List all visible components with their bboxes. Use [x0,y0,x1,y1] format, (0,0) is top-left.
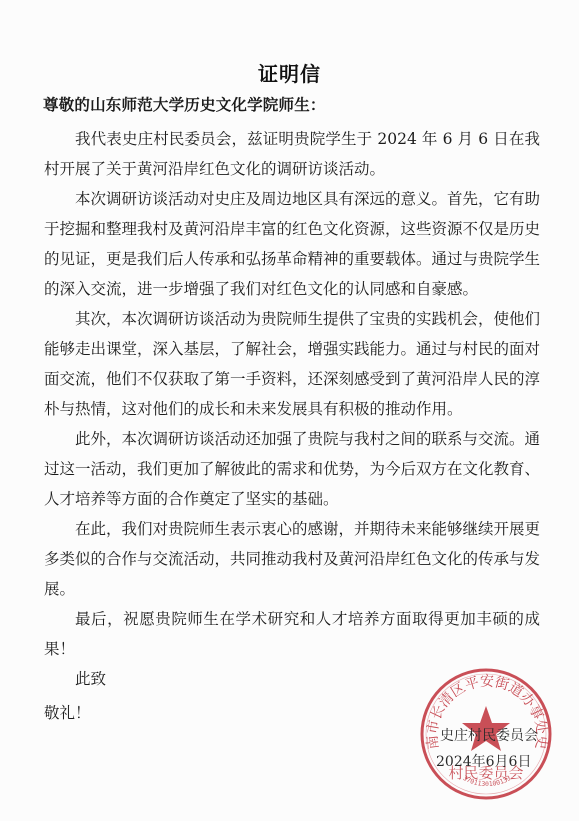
closing-salute: 此致 [75,664,106,694]
signature-organization: 史庄村民委员会 [440,723,538,749]
closing-regards: 敬礼！ [44,698,106,728]
signature-block: 史庄村民委员会 2024年6月6日 [440,723,538,775]
paragraph-4: 此外，本次调研访谈活动还加强了贵院与我村之间的联系与交流。通过这一活动，我们更加… [44,424,540,514]
paragraph-1: 我代表史庄村民委员会，兹证明贵院学生于 2024 年 6 月 6 日在我村开展了… [44,124,540,184]
closing: 此致 敬礼！ [44,664,106,728]
document-title: 证明信 [0,58,579,87]
paragraph-6: 最后，祝愿贵院师生在学术研究和人才培养方面取得更加丰硕的成果！ [44,604,540,664]
document-page: 证明信 尊敬的山东师范大学历史文化学院师生： 我代表史庄村民委员会，兹证明贵院学… [0,0,579,821]
letter-body: 我代表史庄村民委员会，兹证明贵院学生于 2024 年 6 月 6 日在我村开展了… [44,124,540,664]
salutation: 尊敬的山东师范大学历史文化学院师生： [43,93,326,115]
paragraph-5: 在此，我们对贵院师生表示衷心的感谢，并期待未来能够继续开展更多类似的合作与交流活… [44,514,540,604]
paragraph-3: 其次，本次调研访谈活动为贵院师生提供了宝贵的实践机会，使他们能够走出课堂，深入基… [44,304,540,424]
signature-date: 2024年6月6日 [436,749,538,775]
paragraph-2: 本次调研访谈活动对史庄及周边地区具有深远的意义。首先，它有助于挖掘和整理我村及黄… [44,184,540,304]
